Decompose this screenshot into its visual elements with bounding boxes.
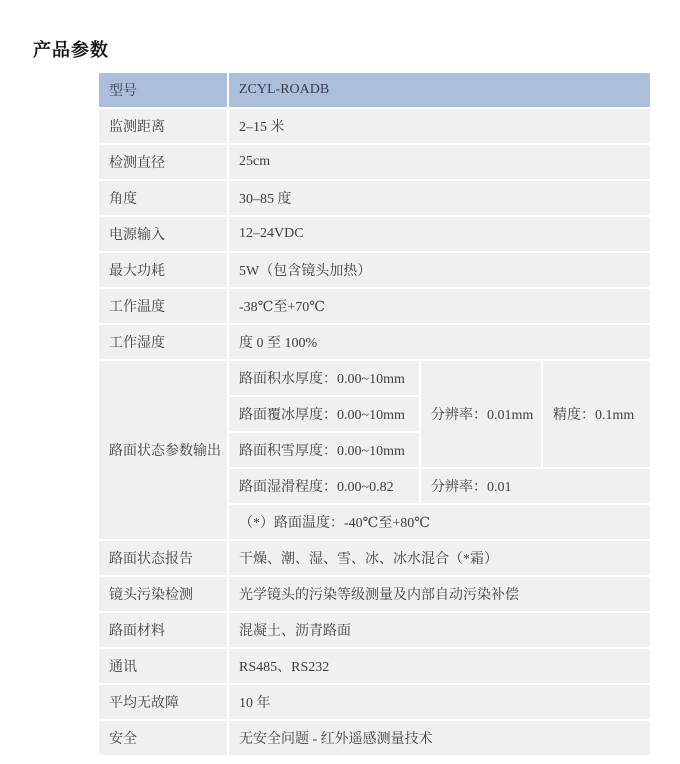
- table-row-work-humidity: 工作湿度 度 0 至 100%: [99, 325, 650, 359]
- product-spec-table: 型号 ZCYL-ROADB 监测距离 2–15 米 检测直径 25cm 角度 3…: [97, 71, 652, 757]
- row-label: 平均无故障: [99, 685, 227, 719]
- table-row-safety: 安全 无安全问题 - 红外遥感测量技术: [99, 721, 650, 755]
- table-row-state-report: 路面状态报告 干燥、潮、湿、雪、冰、冰水混合（*霜）: [99, 541, 650, 575]
- row-label: 工作湿度: [99, 325, 227, 359]
- cell-slip-level: 路面湿滑程度：0.00~0.82: [229, 469, 419, 503]
- row-value: 30–85 度: [229, 181, 650, 215]
- row-label: 监测距离: [99, 109, 227, 143]
- table-row-output-water: 路面状态参数输出 路面积水厚度：0.00~10mm 分辨率：0.01mm 精度：…: [99, 361, 650, 395]
- row-label-model: 型号: [99, 73, 227, 107]
- table-row-work-temp: 工作温度 -38℃至+70℃: [99, 289, 650, 323]
- table-row-road-material: 路面材料 混凝土、沥青路面: [99, 613, 650, 647]
- cell-water-depth: 路面积水厚度：0.00~10mm: [229, 361, 419, 395]
- row-label: 角度: [99, 181, 227, 215]
- row-value: 无安全问题 - 红外遥感测量技术: [229, 721, 650, 755]
- row-value: 干燥、潮、湿、雪、冰、冰水混合（*霜）: [229, 541, 650, 575]
- row-label: 电源输入: [99, 217, 227, 251]
- row-value: 10 年: [229, 685, 650, 719]
- cell-resolution-mm: 分辨率：0.01mm: [421, 361, 541, 467]
- row-label: 通讯: [99, 649, 227, 683]
- row-label: 工作温度: [99, 289, 227, 323]
- row-value: 25cm: [229, 145, 650, 179]
- row-label: 最大功耗: [99, 253, 227, 287]
- row-value: RS485、RS232: [229, 649, 650, 683]
- cell-resolution-slip: 分辨率：0.01: [421, 469, 650, 503]
- cell-snow-depth: 路面积雪厚度：0.00~10mm: [229, 433, 419, 467]
- row-value: -38℃至+70℃: [229, 289, 650, 323]
- cell-ice-depth: 路面覆冰厚度：0.00~10mm: [229, 397, 419, 431]
- table-row-monitor-distance: 监测距离 2–15 米: [99, 109, 650, 143]
- table-row-detect-diameter: 检测直径 25cm: [99, 145, 650, 179]
- row-value: 混凝土、沥青路面: [229, 613, 650, 647]
- row-label: 检测直径: [99, 145, 227, 179]
- cell-accuracy-mm: 精度：0.1mm: [543, 361, 650, 467]
- row-value-model: ZCYL-ROADB: [229, 73, 650, 107]
- table-row-model: 型号 ZCYL-ROADB: [99, 73, 650, 107]
- row-value: 2–15 米: [229, 109, 650, 143]
- row-label: 安全: [99, 721, 227, 755]
- table-row-communication: 通讯 RS485、RS232: [99, 649, 650, 683]
- table-row-mtbf: 平均无故障 10 年: [99, 685, 650, 719]
- row-label: 镜头污染检测: [99, 577, 227, 611]
- table-row-max-power: 最大功耗 5W（包含镜头加热）: [99, 253, 650, 287]
- row-value: 光学镜头的污染等级测量及内部自动污染补偿: [229, 577, 650, 611]
- table-row-power-input: 电源输入 12–24VDC: [99, 217, 650, 251]
- row-value: 5W（包含镜头加热）: [229, 253, 650, 287]
- row-value: 度 0 至 100%: [229, 325, 650, 359]
- row-label: 路面状态报告: [99, 541, 227, 575]
- row-label: 路面材料: [99, 613, 227, 647]
- row-label-output-group: 路面状态参数输出: [99, 361, 227, 539]
- table-row-angle: 角度 30–85 度: [99, 181, 650, 215]
- page-title: 产品参数: [33, 36, 109, 62]
- table-row-lens-pollution: 镜头污染检测 光学镜头的污染等级测量及内部自动污染补偿: [99, 577, 650, 611]
- cell-road-temp: （*）路面温度：-40℃至+80℃: [229, 505, 650, 539]
- row-value: 12–24VDC: [229, 217, 650, 251]
